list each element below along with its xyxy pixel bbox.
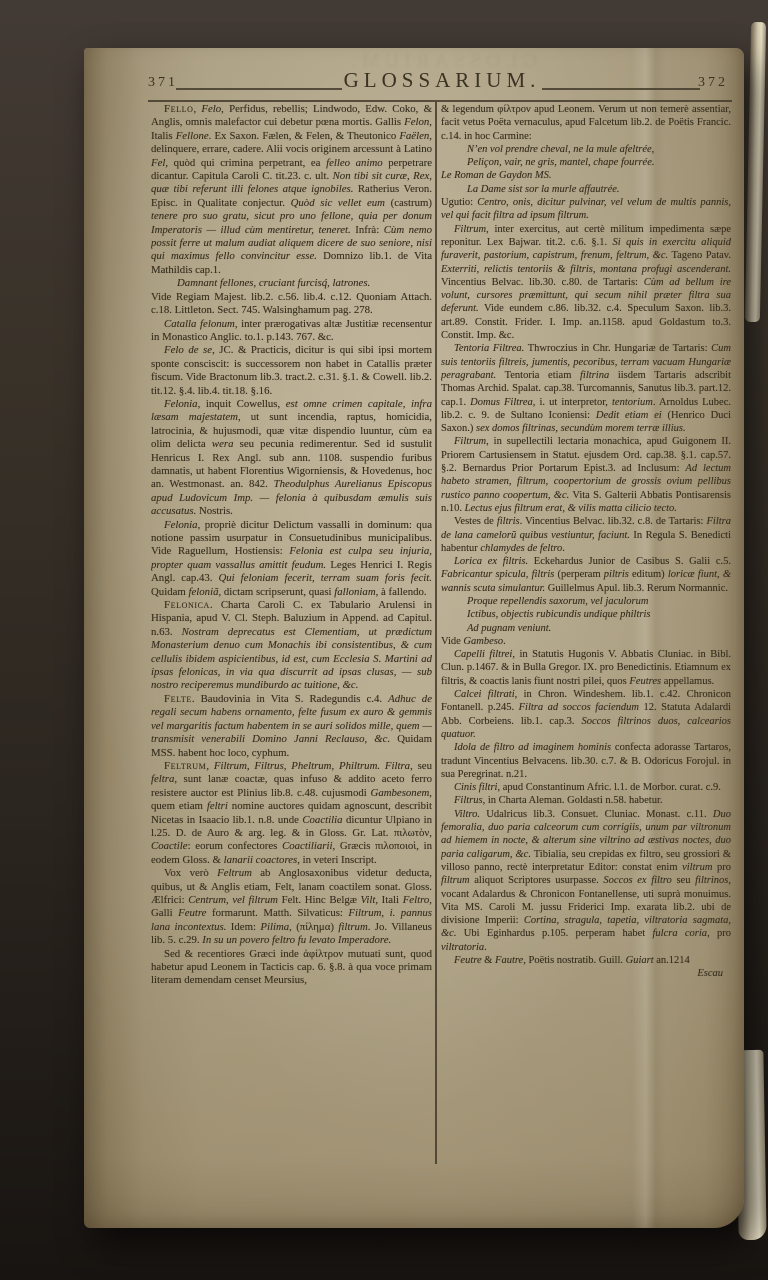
italic-run: Filtrum <box>454 436 486 447</box>
glossary-paragraph: Damnant fellones, cruciant furcisq́, lat… <box>151 277 432 290</box>
glossary-paragraph: Vestes de filtris. Vincentius Belvac. li… <box>441 515 731 555</box>
glossary-paragraph: Idola de filtro ad imaginem hominis conf… <box>441 741 731 781</box>
italic-run: Proque repellendis saxorum, vel jaculoru… <box>467 596 648 607</box>
italic-run: Soccos filtrinos duos, calcearios quatuo… <box>441 716 731 740</box>
italic-run: Centro, onis, dicitur pulvinar, vel velu… <box>441 197 731 221</box>
entry-felonica: Felonica. Charta Caroli C. ex Tabulario … <box>151 599 432 693</box>
italic-run: Felonia est culpa seu injuria, propter q… <box>151 545 432 570</box>
italic-run: Filtrum <box>454 224 486 235</box>
page-edge-stack-top <box>745 22 766 322</box>
glossary-paragraph: Lorica ex filtris. Eckehardus Junior de … <box>441 555 731 595</box>
italic-run: Cinis filtri <box>454 782 497 793</box>
italic-run: Escau <box>697 968 723 979</box>
italic-run: filtrinos <box>695 875 728 886</box>
italic-run: filtrum <box>338 921 367 933</box>
right-column: & legendum φίλτρον apud Leonem. Verum ut… <box>441 103 731 1171</box>
italic-run: Coactile <box>151 840 188 852</box>
glossary-paragraph: Cinis filtri, apud Constantinum Afric. l… <box>441 781 731 794</box>
italic-run: Coactilia <box>302 814 342 826</box>
italic-run: Feutre <box>454 955 482 966</box>
italic-run: Damnant fellones, cruciant furcisq́, lat… <box>177 277 370 289</box>
italic-run: N’en vol prendre cheval, ne la mule afel… <box>467 144 654 155</box>
glossary-paragraph: Ictibus, objectis rubicundis undique phi… <box>441 608 731 621</box>
italic-run: Lorica ex filtris. <box>454 556 528 567</box>
italic-run: Felonia <box>164 519 198 531</box>
italic-run: chlamydes de feltro <box>480 543 562 554</box>
italic-run: Domus Filtrea <box>470 397 533 408</box>
italic-run: Ictibus, objectis rubicundis undique phi… <box>467 609 650 620</box>
glossary-paragraph: Filtrum, inter exercitus, aut certè mili… <box>441 223 731 343</box>
italic-run: sex domos filtrinas, secundùm morem terr… <box>476 423 686 434</box>
italic-run: Si quis in exercitu aliquid furaverit, p… <box>441 237 731 261</box>
header-rule-left <box>176 88 342 90</box>
italic-run: falloniam <box>334 586 375 598</box>
italic-run: Duo femoralia, duo paria calceorum cum c… <box>441 809 731 860</box>
italic-run: Guiart <box>626 955 654 966</box>
glossary-paragraph: Catalla felonum, inter prærogativas altæ… <box>151 318 432 345</box>
italic-run: Felonia <box>164 398 198 410</box>
italic-run: Calcei filtrati <box>454 689 515 700</box>
glossary-paragraph: N’en vol prendre cheval, ne la mule afel… <box>441 143 731 156</box>
glossary-paragraph: Felonia, inquit Cowellus, est omne crime… <box>151 398 432 519</box>
glossary-paragraph: Filtrus, in Charta Aleman. Goldasti n.58… <box>441 794 731 807</box>
catchword: Escau <box>441 967 731 980</box>
lemma-smallcaps: Fello <box>164 103 193 115</box>
glossary-paragraph: Le Roman de Gaydon MS. <box>441 169 731 182</box>
glossary-paragraph: & legendum φίλτρον apud Leonem. Verum ut… <box>441 103 731 143</box>
italic-run: Viltro. <box>454 809 480 820</box>
italic-run: Fel <box>151 157 165 169</box>
italic-run: Felo <box>201 103 221 115</box>
glossary-paragraph: Vox verò Feltrum ab Anglosaxonibus videt… <box>151 867 432 947</box>
italic-run: tentorium <box>612 397 653 408</box>
glossary-paragraph: Calcei filtrati, in Chron. Windeshem. li… <box>441 688 731 741</box>
italic-run: Feltro <box>403 894 430 906</box>
italic-run: Felon <box>404 116 429 128</box>
italic-run: Nostram deprecatus est Clementiam, ut pr… <box>151 626 432 692</box>
italic-run: Ad pugnam veniunt. <box>467 623 551 634</box>
italic-run: Cùm ad bellum ire volunt, cursores præmi… <box>441 277 731 315</box>
italic-run: Felo de se <box>164 344 212 356</box>
glossary-paragraph: Capelli filtrei, in Statutis Hugonis V. … <box>441 648 731 688</box>
lemma-smallcaps: Felte <box>164 693 192 705</box>
italic-run: viltratoria <box>441 942 484 953</box>
italic-run: Filtra de lana camelorũ quibus vestiuntu… <box>441 516 731 540</box>
italic-run: Catalla felonum <box>164 318 235 330</box>
lemma-smallcaps: Feltrum <box>164 760 206 772</box>
entry-fello: Fello, Felo, Perfidus, rebellis; Lindwod… <box>151 103 432 277</box>
italic-run: wera <box>212 438 234 450</box>
italic-run: Dedit etiam ei <box>596 410 662 421</box>
italic-run: Vilt <box>361 894 376 906</box>
italic-run: Gambeso <box>463 636 503 647</box>
glossary-paragraph: Proque repellendis saxorum, vel jaculoru… <box>441 595 731 608</box>
lemma-smallcaps: Felonica <box>164 599 210 611</box>
italic-run: Feutres <box>629 676 661 687</box>
italic-run: filtrina <box>580 370 609 381</box>
italic-run: La Dame sist sor la murle affautrée. <box>467 184 620 195</box>
column-divider <box>435 102 437 1164</box>
glossary-paragraph: La Dame sist sor la murle affautrée. <box>441 183 731 196</box>
italic-run: Pilima <box>260 921 289 933</box>
italic-run: Filtra ad soccos faciendum <box>519 702 639 713</box>
italic-run: Non tibi sit curæ, Rex, quæ tibi referun… <box>151 170 432 195</box>
glossary-paragraph: Viltro. Udalricus lib.3. Consuet. Clunia… <box>441 808 731 954</box>
glossary-paragraph: Vide Gambeso. <box>441 635 731 648</box>
italic-run: fulcra coria <box>653 928 708 939</box>
glossary-paragraph: Sed & recentiores Græci inde ἀφίλτρον mu… <box>151 948 432 988</box>
glossary-paragraph: Ugutio: Centro, onis, dicitur pulvinar, … <box>441 196 731 223</box>
italic-run: Gambesonem <box>371 787 430 799</box>
italic-run: Fabricantur spicula, filtris <box>441 569 554 580</box>
entry-feltrum: Feltrum, Filtrum, Filtrus, Pheltrum, Phi… <box>151 760 432 867</box>
glossary-paragraph: Ad pugnam veniunt. <box>441 622 731 635</box>
italic-run: filtrum <box>441 875 470 886</box>
glossary-paragraph: Vide Regiam Majest. lib.2. c.56. lib.4. … <box>151 291 432 318</box>
italic-run: Lectus ejus filtrum erat, & vilis matta … <box>465 503 677 514</box>
italic-run: piltris <box>604 569 629 580</box>
page-number-right: 372 <box>698 75 728 91</box>
italic-run: Faëlen <box>399 130 429 142</box>
glossary-paragraph: Filtrum, in supellectili lectaria monach… <box>441 435 731 515</box>
glossary-paragraph: Tentoria Filtrea. Thwroczius in Chr. Hun… <box>441 342 731 435</box>
italic-run: Fellone <box>176 130 209 142</box>
italic-run: Idola de filtro ad imaginem hominis <box>454 742 611 753</box>
header-rule-right <box>542 88 700 90</box>
italic-run: Tentoria Filtrea. <box>454 343 524 354</box>
italic-run: Adhuc de regali secum habens ornamento, … <box>151 693 432 745</box>
italic-run: viltrum <box>682 862 712 873</box>
italic-run: filtris <box>497 516 520 527</box>
italic-run: Quòd sic vellet eum <box>291 197 385 209</box>
italic-run: Feltrum <box>217 867 252 879</box>
italic-run: Exterriti, relictis tentoriis & filtris,… <box>441 264 731 275</box>
book-page: GLOSSARIUM. 371 GLOSSARIUM. 372 Fello, F… <box>84 48 744 1228</box>
italic-run: feltri <box>207 800 228 812</box>
glossary-paragraph: Feutre & Fautre, Poëtis nostratib. Guill… <box>441 954 731 967</box>
italic-run: Coactiliarii <box>282 840 332 852</box>
italic-run: Soccos ex filtro <box>603 875 671 886</box>
italic-run: feloniã <box>188 586 218 598</box>
header-rule-full <box>148 100 732 102</box>
glossary-paragraph: Felonia, propriè dicitur Delictum vassal… <box>151 519 432 599</box>
italic-run: Fautre <box>495 955 523 966</box>
italic-run: In su un povero feltro fu levato Imperad… <box>202 934 391 946</box>
italic-run: lanarii coactores <box>224 854 298 866</box>
italic-run: felleo animo <box>326 157 383 169</box>
italic-run: Filtrum, Filtrus, Pheltrum, Philtrum. Fi… <box>214 760 410 772</box>
italic-run: Peliçon, vair, ne gris, mantel, chape fo… <box>467 157 655 168</box>
italic-run: Qui feloniam fecerit, terram suam foris … <box>218 572 432 584</box>
italic-run: Capelli filtrei <box>454 649 512 660</box>
glossary-paragraph: Felo de se, JC. & Practicis, dicitur is … <box>151 344 432 398</box>
entry-felte: Felte. Baudovinia in Vita S. Radegundis … <box>151 693 432 760</box>
italic-run: Le Roman de Gaydon MS. <box>441 170 552 181</box>
italic-run: Theodulphus Aurelianus Episcopus apud Lu… <box>151 478 432 517</box>
left-column: Fello, Felo, Perfidus, rebellis; Lindwod… <box>151 103 432 1171</box>
glossary-paragraph: Peliçon, vair, ne gris, mantel, chape fo… <box>441 156 731 169</box>
italic-run: Filtrus <box>454 795 483 806</box>
italic-run: feltra <box>151 773 174 785</box>
italic-run: Feutre <box>178 907 206 919</box>
italic-run: Centrum, vel filtrum <box>188 894 278 906</box>
book-photo: GLOSSARIUM. 371 GLOSSARIUM. 372 Fello, F… <box>0 0 768 1280</box>
italic-run: Ad lectum habeto stramen, filtrum, coope… <box>441 463 731 501</box>
